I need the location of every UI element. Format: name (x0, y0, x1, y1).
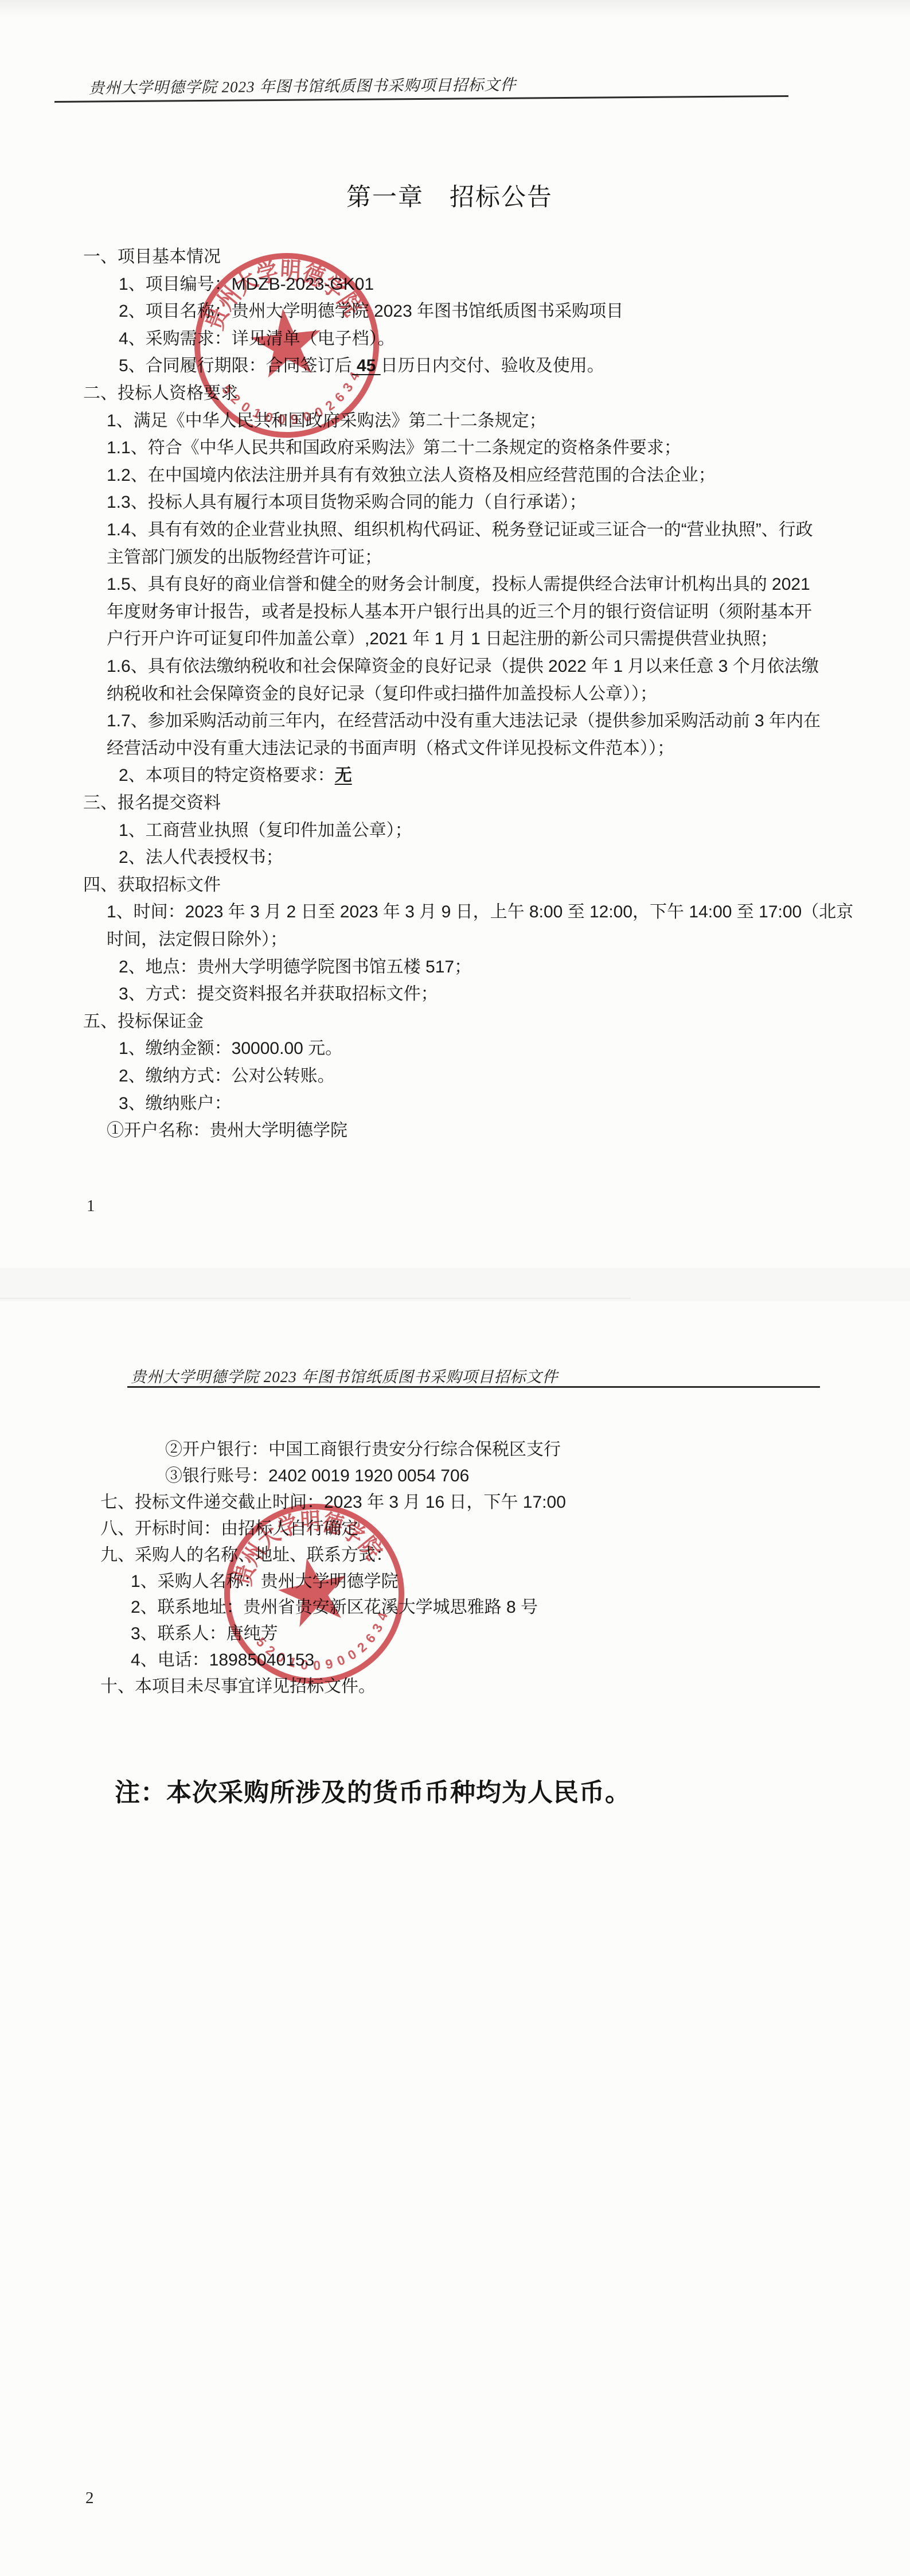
text-line: 十、本项目未尽事宜详见招标文件。 (100, 1675, 376, 1698)
text-line: 五、投标保证金 (83, 1010, 204, 1033)
line-text: 三、报名提交资料 (83, 793, 221, 812)
line-text: 时间，法定假日除外）； (107, 930, 287, 949)
text-line: 1、项目编号：MDZB-2023-GK01 (119, 273, 374, 296)
text-line: 1.3、投标人具有履行本项目货物采购合同的能力（自行承诺）； (107, 491, 587, 514)
page-number: 1 (87, 1197, 95, 1216)
line-text: 1.6、具有依法缴纳税收和社会保障资金的良好记录（提供 2022 年 1 月以来… (107, 657, 819, 676)
text-line: 1.6、具有依法缴纳税收和社会保障资金的良好记录（提供 2022 年 1 月以来… (107, 655, 819, 678)
text-line: 1.7、参加采购活动前三年内，在经营活动中没有重大违法记录（提供参加采购活动前 … (107, 710, 821, 733)
text-line: 二、投标人资格要求 (83, 382, 238, 405)
line-text: ③银行账号：2402 0019 1920 0054 706 (165, 1466, 469, 1485)
chapter-title: 第一章 招标公告 (346, 178, 553, 213)
line-text: 2、缴纳方式：公对公转账。 (119, 1067, 335, 1085)
line-text: 1、满足《中华人民共和国政府采购法》第二十二条规定； (107, 411, 546, 430)
text-line: 3、联系人：唐纯芳 (131, 1622, 278, 1645)
line-text: 1、项目编号：MDZB-2023-GK01 (119, 275, 374, 294)
page-seam-line (0, 1298, 631, 1299)
page-seam (0, 1268, 910, 1301)
text-line: 1.5、具有良好的商业信誉和健全的财务会计制度，投标人需提供经合法审计机构出具的… (107, 573, 810, 596)
text-line: 4、采购需求：详见清单（电子档）。 (119, 328, 395, 351)
line-text: 十、本项目未尽事宜详见招标文件。 (100, 1677, 376, 1696)
text-line: 时间，法定假日除外）； (107, 928, 287, 951)
scanned-tender-document: 贵州大学明德学院 2023 年图书馆纸质图书采购项目招标文件 第一章 招标公告 … (0, 0, 910, 2576)
line-text: 1、工商营业执照（复印件加盖公章）； (119, 821, 412, 840)
line-text: 二、投标人资格要求 (83, 384, 238, 403)
line-text: 纳税收和社会保障资金的良好记录（复印件或扫描件加盖投标人公章））； (107, 684, 657, 703)
text-line: 九、采购人的名称、地址、联系方式： (100, 1544, 393, 1567)
text-line: 一、项目基本情况 (83, 246, 221, 269)
line-text: 1.5、具有良好的商业信誉和健全的财务会计制度，投标人需提供经合法审计机构出具的… (107, 575, 810, 594)
line-text: 1.1、符合《中华人民共和国政府采购法》第二十二条规定的资格条件要求； (107, 438, 681, 457)
line-text: 2、法人代表授权书； (119, 848, 283, 867)
text-line: 2、地点：贵州大学明德学院图书馆五楼 517； (119, 956, 471, 979)
text-line: 1、采购人名称：贵州大学明德学院 (131, 1570, 399, 1593)
text-line: ①开户名称：贵州大学明德学院 (107, 1119, 347, 1142)
text-line: 2、法人代表授权书； (119, 846, 283, 869)
text-line: 3、方式：提交资料报名并获取招标文件； (119, 983, 438, 1006)
page-number: 2 (85, 2489, 94, 2508)
line-text: 1、缴纳金额：30000.00 元。 (119, 1039, 342, 1058)
line-text: 5、合同履行期限：合同签订后 (119, 356, 352, 375)
line-text: 2、联系地址：贵州省贵安新区花溪大学城思雅路 8 号 (131, 1598, 538, 1617)
underlined-value: 45 (352, 356, 381, 375)
line-text: 3、联系人：唐纯芳 (131, 1624, 278, 1643)
text-line: 三、报名提交资料 (83, 792, 221, 815)
line-text: 四、获取招标文件 (83, 875, 221, 894)
text-line: 八、开标时间：由招标人自行确定 (100, 1517, 358, 1540)
page1-header-block: 贵州大学明德学院 2023 年图书馆纸质图书采购项目招标文件 (0, 0, 910, 127)
header-rule (127, 1386, 820, 1388)
line-text: ②开户银行：中国工商银行贵安分行综合保税区支行 (165, 1440, 561, 1459)
line-text: 3、方式：提交资料报名并获取招标文件； (119, 985, 438, 1003)
text-line: ②开户银行：中国工商银行贵安分行综合保税区支行 (165, 1438, 561, 1461)
running-header: 贵州大学明德学院 2023 年图书馆纸质图书采购项目招标文件 (89, 72, 517, 98)
text-line: 户行开户许可证复印件加盖公章）,2021 年 1 月 1 日起注册的新公司只需提… (107, 628, 778, 651)
text-line: 2、本项目的特定资格要求：无 (119, 764, 352, 787)
line-text: 1.7、参加采购活动前三年内，在经营活动中没有重大违法记录（提供参加采购活动前 … (107, 711, 821, 730)
text-line: 1.1、符合《中华人民共和国政府采购法》第二十二条规定的资格条件要求； (107, 437, 681, 460)
seal-code: 5201009002634 (252, 1608, 399, 1686)
line-text: 1、采购人名称：贵州大学明德学院 (131, 1572, 399, 1591)
underlined-value: 无 (335, 766, 352, 785)
text-line: 1、满足《中华人民共和国政府采购法》第二十二条规定； (107, 410, 546, 433)
text-line: 七、投标文件递交截止时间：2023 年 3 月 16 日，下午 17:00 (100, 1491, 566, 1514)
line-text: 九、采购人的名称、地址、联系方式： (100, 1546, 393, 1565)
line-text: 1、时间：2023 年 3 月 2 日至 2023 年 3 月 9 日，上午 8… (107, 902, 853, 921)
text-line: 2、项目名称：贵州大学明德学院 2023 年图书馆纸质图书采购项目 (119, 300, 623, 323)
line-text: 户行开户许可证复印件加盖公章）,2021 年 1 月 1 日起注册的新公司只需提… (107, 629, 778, 648)
text-line: 纳税收和社会保障资金的良好记录（复印件或扫描件加盖投标人公章））； (107, 683, 657, 706)
line-text: 日历日内交付、验收及使用。 (381, 356, 604, 375)
line-text: 五、投标保证金 (83, 1012, 204, 1031)
text-line: 主管部门颁发的出版物经营许可证； (107, 546, 382, 569)
line-text: 3、缴纳账户： (119, 1094, 232, 1113)
text-line: 2、缴纳方式：公对公转账。 (119, 1065, 335, 1088)
line-text: 年度财务审计报告，或者是投标人基本开户银行出具的近三个月的银行资信证明（须附基本… (107, 602, 812, 621)
line-text: 4、电话：18985040153 (131, 1651, 314, 1670)
text-line: 1.2、在中国境内依法注册并具有有效独立法人资格及相应经营范围的合法企业； (107, 464, 716, 487)
line-text: 七、投标文件递交截止时间：2023 年 3 月 16 日，下午 17:00 (100, 1493, 566, 1512)
text-line: 1、时间：2023 年 3 月 2 日至 2023 年 3 月 9 日，上午 8… (107, 901, 853, 924)
line-text: 2、项目名称：贵州大学明德学院 2023 年图书馆纸质图书采购项目 (119, 302, 623, 321)
line-text: 1.3、投标人具有履行本项目货物采购合同的能力（自行承诺）； (107, 493, 587, 512)
line-text: ①开户名称：贵州大学明德学院 (107, 1121, 347, 1140)
line-text: 1.4、具有有效的企业营业执照、组织机构代码证、税务登记证或三证合一的“营业执照… (107, 520, 813, 539)
running-header: 贵州大学明德学院 2023 年图书馆纸质图书采购项目招标文件 (131, 1364, 559, 1387)
text-line: 4、电话：18985040153 (131, 1649, 314, 1672)
line-text: 八、开标时间：由招标人自行确定 (100, 1519, 358, 1538)
line-text: 2、地点：贵州大学明德学院图书馆五楼 517； (119, 958, 471, 976)
text-line: 1、缴纳金额：30000.00 元。 (119, 1037, 342, 1060)
text-line: ③银行账号：2402 0019 1920 0054 706 (165, 1465, 469, 1488)
text-line: 1.4、具有有效的企业营业执照、组织机构代码证、税务登记证或三证合一的“营业执照… (107, 519, 813, 542)
line-text: 一、项目基本情况 (83, 247, 221, 266)
text-line: 2、联系地址：贵州省贵安新区花溪大学城思雅路 8 号 (131, 1596, 538, 1619)
text-line: 3、缴纳账户： (119, 1092, 232, 1115)
text-line: 四、获取招标文件 (83, 874, 221, 897)
text-line: 5、合同履行期限：合同签订后 45 日历日内交付、验收及使用。 (119, 355, 604, 378)
text-line: 1、工商营业执照（复印件加盖公章）； (119, 819, 412, 842)
currency-note: 注：本次采购所涉及的货币币种均为人民币。 (115, 1772, 631, 1808)
text-line: 年度财务审计报告，或者是投标人基本开户银行出具的近三个月的银行资信证明（须附基本… (107, 601, 812, 624)
line-text: 经营活动中没有重大违法记录的书面声明（格式文件详见投标文件范本））； (107, 739, 674, 758)
line-text: 1.2、在中国境内依法注册并具有有效独立法人资格及相应经营范围的合法企业； (107, 466, 716, 485)
line-text: 4、采购需求：详见清单（电子档）。 (119, 329, 395, 348)
line-text: 主管部门颁发的出版物经营许可证； (107, 548, 382, 567)
text-line: 经营活动中没有重大违法记录的书面声明（格式文件详见投标文件范本））； (107, 737, 674, 760)
line-text: 2、本项目的特定资格要求： (119, 766, 335, 785)
